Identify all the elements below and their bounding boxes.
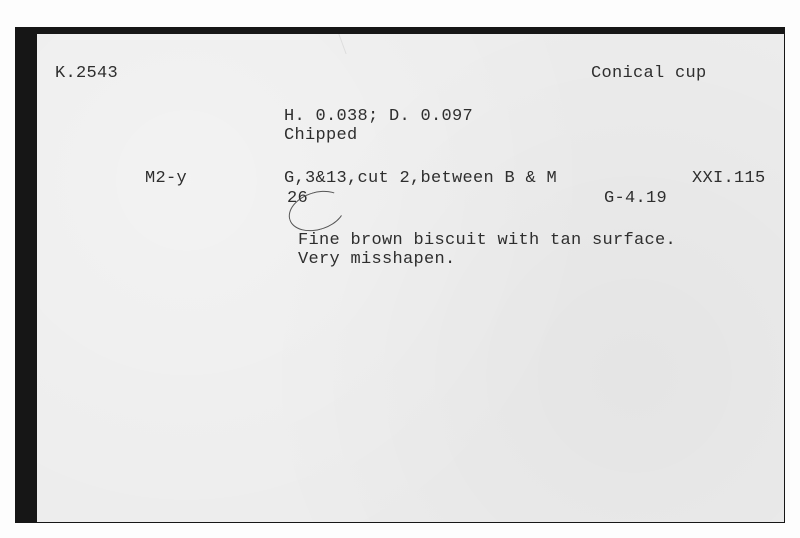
secondary-reference: G-4.19 [604,189,667,208]
condition: Chipped [284,126,358,145]
dimensions: H. 0.038; D. 0.097 [284,107,473,126]
description-line-2: Very misshapen. [298,250,456,269]
location-code: M2-y [145,169,187,188]
description-line-1: Fine brown biscuit with tan surface. [298,231,676,250]
catalog-number: K.2543 [55,64,118,83]
index-card: K.2543 Conical cup H. 0.038; D. 0.097 Ch… [37,34,784,522]
reference-number: XXI.115 [692,169,766,188]
findspot-line: G,3&13,cut 2,between B & M [284,169,557,188]
paper-crease [338,34,386,54]
object-type: Conical cup [591,64,707,83]
